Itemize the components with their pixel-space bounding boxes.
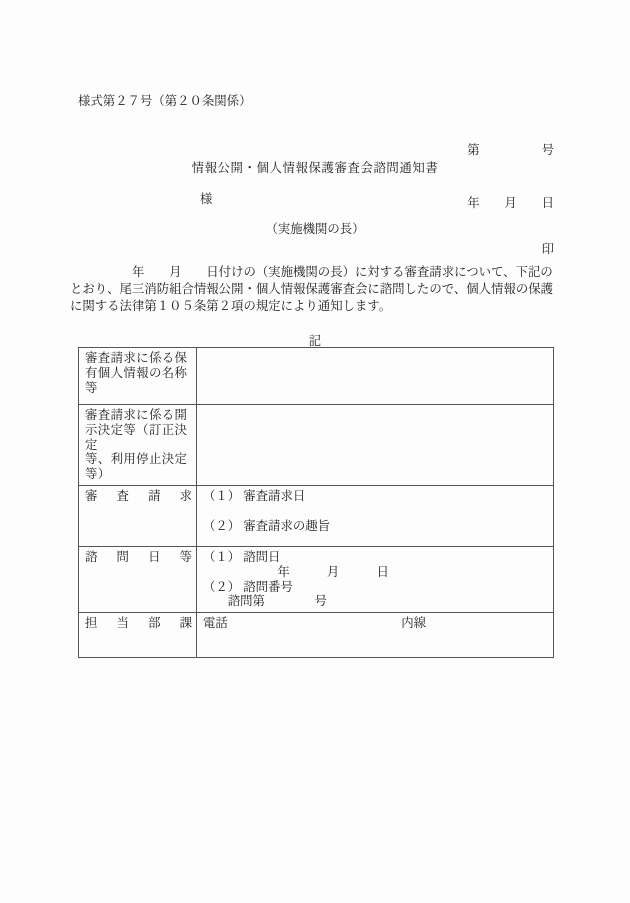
form-number: 様式第２７号（第２０条関係） — [78, 91, 251, 109]
table-row-consultation-date: 諮 問 日 等 （１） 諮問日 年 月 日 （２） 諮問番号 諮問第 号 — [79, 546, 554, 612]
issuer-label: （実施機関の長） — [0, 219, 630, 237]
table-row-disclosure-decision: 審査請求に係る開 示決定等（訂正決定 等、利用停止決定 等） — [79, 405, 554, 486]
row-value: （１） 審査請求日 （２） 審査請求の趣旨 — [197, 485, 554, 546]
addressee-label: 様 — [200, 189, 212, 207]
document-page: 様式第２７号（第２０条関係） 第 号 年 月 日 情報公開・個人情報保護審査会諮… — [0, 0, 630, 903]
row-label: 諮 問 日 等 — [79, 546, 197, 612]
document-title: 情報公開・個人情報保護審査会諮問通知書 — [0, 158, 630, 176]
row-label: 審査請求に係る保 有個人情報の名称 等 — [79, 348, 197, 405]
table-row-retained-personal-info: 審査請求に係る保 有個人情報の名称 等 — [79, 348, 554, 405]
seal-mark: 印 — [542, 239, 554, 257]
document-number-line: 第 号 — [467, 142, 554, 160]
row-label: 担 当 部 課 — [79, 613, 197, 658]
row-value: （１） 諮問日 年 月 日 （２） 諮問番号 諮問第 号 — [197, 546, 554, 612]
date-line: 年 月 日 — [467, 195, 554, 213]
row-value — [197, 405, 554, 486]
row-value: 電話 内線 — [197, 613, 554, 658]
row-label: 審査請求に係る開 示決定等（訂正決定 等、利用停止決定 等） — [79, 405, 197, 486]
row-label: 審 査 請 求 — [79, 485, 197, 546]
body-paragraph: 年 月 日付けの（実施機関の長）に対する審査請求について、下記の とおり、尾三消… — [70, 264, 566, 316]
notice-table: 審査請求に係る保 有個人情報の名称 等 審査請求に係る開 示決定等（訂正決定 等… — [78, 347, 554, 658]
table-row-department-in-charge: 担 当 部 課 電話 内線 — [79, 613, 554, 658]
table-row-review-request: 審 査 請 求 （１） 審査請求日 （２） 審査請求の趣旨 — [79, 485, 554, 546]
row-value — [197, 348, 554, 405]
